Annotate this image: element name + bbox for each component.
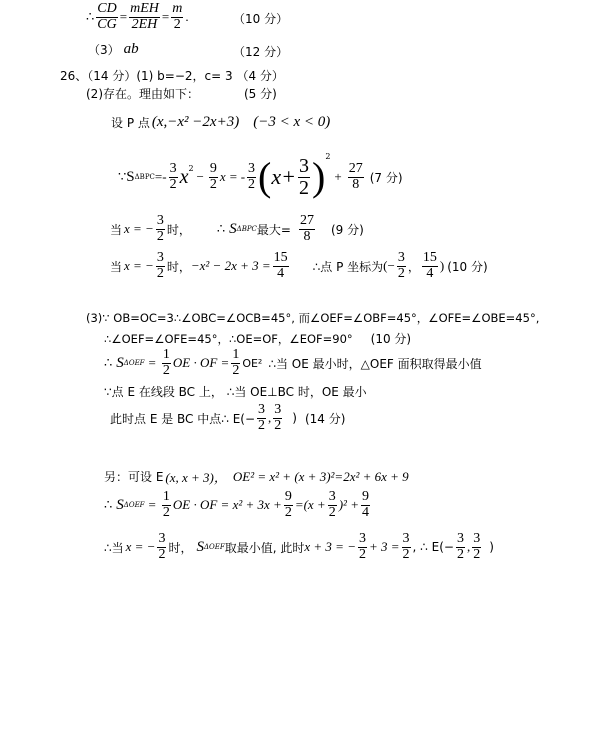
score-12: （12 分）	[233, 43, 288, 60]
fraction: 32	[402, 532, 411, 562]
oe-squared-expr: OE² = x² + (x + 3)²=2x² + 6x + 9	[233, 469, 409, 485]
part3-answer: （3） ab	[88, 41, 139, 58]
equals: =	[162, 9, 169, 25]
fraction: 12	[162, 490, 171, 520]
angles-text: ∴∠OEF=∠OFE=45°，∴OE=OF，∠EOF=90°	[104, 331, 353, 347]
x-value: x = −	[126, 539, 156, 555]
fraction: 32	[298, 156, 310, 199]
area-symbol: S	[126, 169, 134, 186]
paren-open: (	[258, 157, 271, 197]
area-symbol: S	[229, 221, 237, 238]
point-coord: (x,−x² −2x+3)	[152, 114, 239, 131]
subscript: ΔOEF	[204, 543, 225, 551]
subscript: ΔBPC	[135, 173, 155, 181]
set-point-p: 设 P 点 (x,−x² −2x+3) (−3 < x < 0)	[111, 114, 330, 131]
subscript: ΔOEF	[124, 359, 145, 367]
min-text: 取最小值, 此时	[225, 539, 305, 556]
fraction: 278	[299, 214, 315, 244]
plus: +	[334, 169, 341, 185]
fraction: 32	[456, 532, 465, 562]
point-coord: (x, x + 3)，	[165, 467, 226, 486]
fraction: 154	[422, 251, 438, 281]
because-symbol: ∵	[118, 170, 126, 185]
fraction: m2	[171, 2, 183, 32]
equals: =-	[155, 169, 167, 185]
paren-close: )	[292, 411, 297, 425]
inner-expr: x+	[271, 164, 296, 190]
label: 另：可设 E	[104, 468, 163, 485]
fraction: 32	[472, 532, 481, 562]
score-7: (7 分)	[370, 169, 403, 186]
fraction: 278	[348, 162, 364, 192]
paren-close: )	[489, 540, 494, 554]
paren-close: )	[312, 157, 325, 197]
conclusion: ∴点 P 坐标为	[313, 258, 384, 275]
comma: ,	[467, 539, 470, 555]
equals: =	[149, 497, 156, 513]
var-x: x =	[220, 169, 238, 185]
score-14: (14 分)	[305, 410, 345, 427]
subscript: ΔBPC	[237, 225, 257, 233]
period: .	[185, 9, 188, 25]
therefore-symbol: ∴	[104, 356, 112, 371]
max-label: 最大=	[257, 221, 291, 238]
fraction: 32	[169, 162, 178, 192]
fraction: 32	[157, 532, 166, 562]
point-p-coord-line: 当 x = − 32 时， −x² − 2x + 3 = 154 ∴点 P 坐标…	[110, 251, 488, 281]
fraction: 32	[358, 532, 367, 562]
fraction: 92	[284, 490, 293, 520]
fraction: 32	[273, 403, 282, 433]
midpoint-text: 此时点 E 是 BC 中点∴ E(−	[110, 410, 255, 427]
when-suffix: 时，	[167, 258, 191, 275]
fraction: 92	[209, 162, 218, 192]
conclusion: , ∴ E(−	[413, 540, 454, 554]
when-suffix: 时，	[167, 221, 191, 238]
therefore-symbol: ∴	[86, 10, 94, 25]
expr: OE · OF = x² + 3x +	[173, 497, 282, 513]
expr: )² +	[339, 497, 359, 513]
when: 当	[110, 258, 122, 275]
score-10: (10 分)	[371, 330, 411, 347]
var-x: x	[180, 166, 189, 189]
therefore-symbol: ∴	[104, 498, 112, 513]
area-oef-line: ∴ SΔOEF = 12 OE · OF = 12 OE² ∴当 OE 最小时，…	[104, 348, 482, 378]
equals: =	[120, 9, 127, 25]
x-range: (−3 < x < 0)	[253, 114, 330, 131]
label: 设 P 点	[111, 114, 150, 131]
fraction: 32	[156, 251, 165, 281]
equals: =	[149, 355, 156, 371]
exponent: 2	[188, 164, 193, 173]
subscript: ΔOEF	[124, 501, 145, 509]
conclusion: ∴当 OE 最小时，△OEF 面积取得最小值	[268, 355, 481, 372]
expr: OE · OF =	[173, 355, 229, 371]
fraction: 32	[397, 251, 406, 281]
fraction: 154	[273, 251, 289, 281]
fraction: 32	[156, 214, 165, 244]
part-label: （3）	[88, 41, 120, 58]
paren-close: )	[440, 258, 444, 274]
comma: ,	[268, 410, 271, 426]
score-10: (10 分)	[447, 258, 487, 275]
fraction: 94	[361, 490, 370, 520]
min-area-conclusion: ∴当 x = − 32 时， SΔOEF 取最小值, 此时 x + 3 = − …	[104, 532, 494, 562]
equation-cd-cg: ∴ CDCG = mEH2EH = m2 .	[86, 2, 189, 32]
when-suffix: 时，	[168, 539, 192, 556]
fraction: mEH2EH	[129, 2, 160, 32]
minus: -	[241, 169, 245, 185]
answer-expr: ab	[124, 41, 139, 58]
midpoint-line: 此时点 E 是 BC 中点∴ E(− 32 , 32 ) (14 分)	[110, 403, 345, 433]
x-value: x = −	[124, 258, 154, 274]
q26-part1: 26、（14 分）(1) b=−2，c= 3 （4 分）	[60, 67, 284, 84]
expr: + 3 =	[369, 539, 400, 555]
alternative-method: 另：可设 E (x, x + 3)， OE² = x² + (x + 3)²=2…	[104, 467, 409, 486]
therefore-symbol: ∴	[217, 222, 225, 237]
therefore-when: ∴当	[104, 539, 124, 556]
q26-part2-heading: (2)存在。理由如下：	[86, 85, 199, 102]
paren-open: (−	[383, 258, 395, 274]
fraction: 32	[328, 490, 337, 520]
part3-line2: ∴∠OEF=∠OFE=45°，∴OE=OF，∠EOF=90° (10 分)	[104, 330, 411, 347]
max-area-line: 当 x = − 32 时， ∴ SΔBPC 最大= 278 (9 分)	[110, 214, 364, 244]
exponent: 2	[325, 152, 330, 161]
area-symbol: S	[116, 355, 124, 372]
oe-squared: OE²	[242, 357, 262, 370]
minus: −	[197, 169, 204, 185]
score-10: （10 分）	[233, 10, 288, 27]
fraction: 32	[247, 162, 256, 192]
when: 当	[110, 221, 122, 238]
expr: =(x +	[295, 497, 326, 513]
fraction: CDCG	[96, 2, 117, 32]
fraction: 12	[162, 348, 171, 378]
score-5: (5 分)	[244, 85, 277, 102]
point-e-on-bc: ∵点 E 在线段 BC 上， ∴当 OE⊥BC 时，OE 最小	[104, 383, 367, 400]
comma: ，	[408, 258, 420, 275]
expr: x + 3 = −	[304, 539, 356, 555]
fraction: 12	[231, 348, 240, 378]
part3-line1: (3)∵ OB=OC=3∴∠OBC=∠OCB=45°, 而∠OEF=∠OBF=4…	[86, 310, 539, 326]
x-value: x = −	[124, 221, 154, 237]
area-bpc-expression: ∵ SΔBPC =- 32 x2 − 92 x = - 32 ( x+ 32 )…	[118, 150, 403, 204]
score-9: (9 分)	[331, 221, 364, 238]
expr: −x² − 2x + 3 =	[191, 258, 271, 274]
fraction: 32	[257, 403, 266, 433]
area-symbol: S	[196, 539, 204, 556]
area-oef-alt: ∴ SΔOEF = 12 OE · OF = x² + 3x + 92 =(x …	[104, 490, 372, 520]
area-symbol: S	[116, 497, 124, 514]
